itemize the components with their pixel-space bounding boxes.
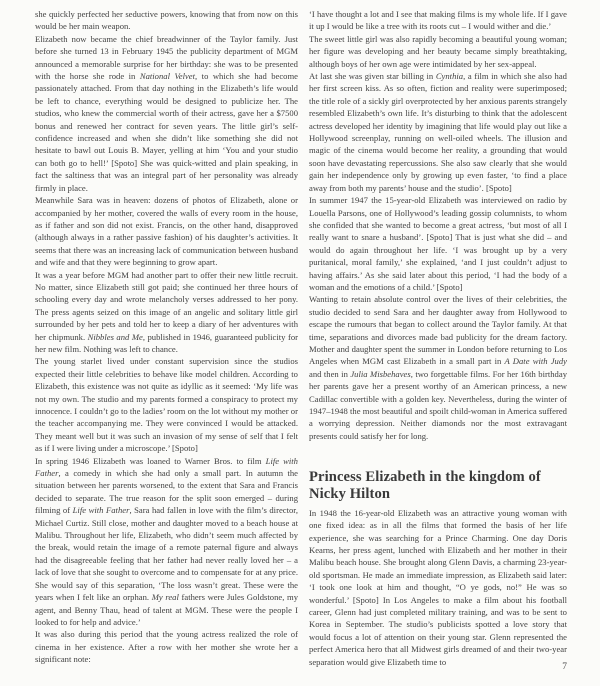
- paragraph: ‘I have thought a lot and I see that mak…: [309, 8, 567, 33]
- paragraph: The young starlet lived under constant s…: [35, 355, 298, 454]
- italic-text-run: A Date with Judy: [504, 356, 567, 366]
- italic-text-run: Life with Father: [73, 505, 130, 515]
- paragraph: Meanwhile Sara was in heaven: dozens of …: [35, 194, 298, 268]
- right-column-top: ‘I have thought a lot and I see that mak…: [309, 8, 567, 442]
- text-run: The sweet little girl was also rapidly b…: [309, 34, 567, 69]
- paragraph: In spring 1946 Elizabeth was loaned to W…: [35, 455, 298, 629]
- paragraph: Wanting to retain absolute control over …: [309, 293, 567, 442]
- text-run: , a film in which she also had her first…: [309, 71, 567, 193]
- paragraph: At last she was given star billing in Cy…: [309, 70, 567, 194]
- italic-text-run: National Velvet: [140, 71, 195, 81]
- text-run: , two forgettable films. For her 16th bi…: [309, 369, 567, 441]
- text-run: Meanwhile Sara was in heaven: dozens of …: [35, 195, 298, 267]
- paragraph: The sweet little girl was also rapidly b…: [309, 33, 567, 70]
- italic-text-run: My real: [152, 592, 179, 602]
- italic-text-run: Nibbles and Me: [88, 332, 143, 342]
- section-heading: Princess Elizabeth in the kingdom of Nic…: [309, 469, 567, 503]
- paragraph: It was also during this period that the …: [35, 628, 298, 665]
- paragraph: It was a year before MGM had another par…: [35, 269, 298, 356]
- text-run: and then in: [309, 369, 350, 379]
- text-run: In summer 1947 the 15-year-old Elizabeth…: [309, 195, 567, 292]
- page-number: 7: [562, 662, 567, 672]
- text-run: , Sara had fallen in love with the film’…: [35, 505, 298, 602]
- text-run: ‘I have thought a lot and I see that mak…: [309, 9, 567, 31]
- text-run: At last she was given star billing in: [309, 71, 436, 81]
- paragraph: In summer 1947 the 15-year-old Elizabeth…: [309, 194, 567, 293]
- left-text-column: she quickly perfected her seductive powe…: [35, 8, 298, 666]
- text-run: In spring 1946 Elizabeth was loaned to W…: [35, 456, 266, 466]
- text-run: , to which she had become passionately a…: [35, 71, 298, 193]
- right-text-column: ‘I have thought a lot and I see that mak…: [309, 8, 567, 668]
- right-column-bottom: In 1948 the 16-year-old Elizabeth was an…: [309, 507, 567, 668]
- italic-text-run: Cynthia: [436, 71, 463, 81]
- text-run: It was also during this period that the …: [35, 629, 298, 664]
- paragraph: she quickly perfected her seductive powe…: [35, 8, 298, 33]
- text-run: The young starlet lived under constant s…: [35, 356, 298, 453]
- paragraph: Elizabeth now became the chief breadwinn…: [35, 33, 298, 194]
- book-page: she quickly perfected her seductive powe…: [0, 0, 600, 686]
- text-run: In 1948 the 16-year-old Elizabeth was an…: [309, 508, 567, 667]
- italic-text-run: Julia Misbehaves: [350, 369, 410, 379]
- paragraph: In 1948 the 16-year-old Elizabeth was an…: [309, 507, 567, 668]
- text-run: she quickly perfected her seductive powe…: [35, 9, 298, 31]
